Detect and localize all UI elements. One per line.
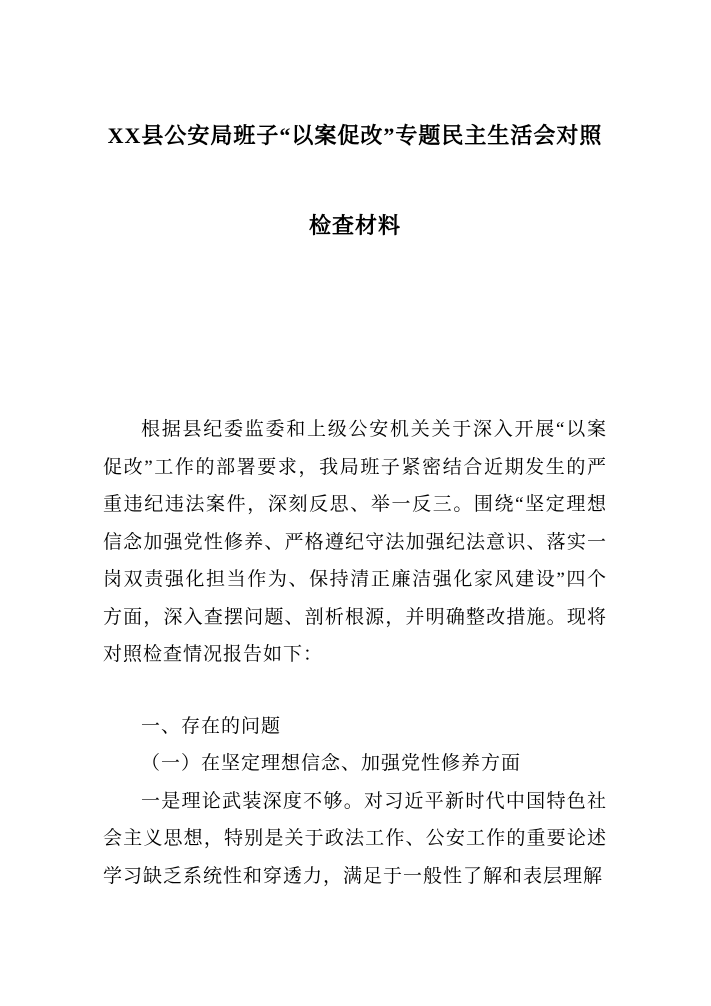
intro-paragraph: 根据县纪委监委和上级公安机关关于深入开展“以案促改”工作的部署要求，我局班子紧密…	[103, 411, 607, 674]
subsection-heading-ideals-party-spirit: （一）在坚定理想信念、加强党性修养方面	[103, 745, 607, 783]
document-title: XX县公安局班子“以案促改”专题民主生活会对照 检查材料	[103, 91, 607, 271]
document-title-line-1: XX县公安局班子“以案促改”专题民主生活会对照	[103, 91, 607, 181]
document-title-line-2: 检查材料	[103, 181, 607, 271]
section-heading-existing-problems: 一、存在的问题	[103, 708, 607, 746]
document-page: XX县公安局班子“以案促改”专题民主生活会对照 检查材料 根据县纪委监委和上级公…	[0, 0, 711, 1006]
body-paragraph-theory-study: 一是理论武装深度不够。对习近平新时代中国特色社会主义思想，特别是关于政法工作、公…	[103, 783, 607, 896]
